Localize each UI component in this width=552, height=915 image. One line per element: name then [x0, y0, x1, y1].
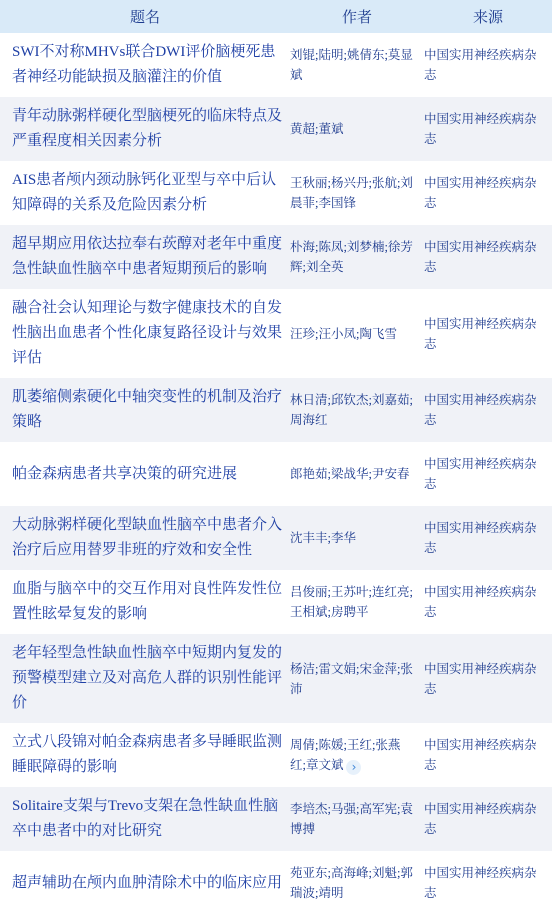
article-title-link[interactable]: 老年轻型急性缺血性脑卒中短期内复发的预警模型建立及对高危人群的识别性能评价: [12, 641, 286, 716]
column-header-title: 题名: [0, 6, 290, 27]
article-authors-text[interactable]: 周倩;陈媛;王红;张燕红;章文斌: [290, 738, 400, 772]
article-row: 血脂与脑卒中的交互作用对良性阵发性位置性眩晕复发的影响 吕俊丽;王苏叶;连红亮;…: [0, 570, 552, 634]
article-row: 超声辅助在颅内血肿清除术中的临床应用 苑亚东;高海峰;刘魁;郭瑞波;靖明› 中国…: [0, 851, 552, 915]
article-row: 融合社会认知理论与数字健康技术的自发性脑出血患者个性化康复路径设计与效果评估 汪…: [0, 289, 552, 378]
article-authors[interactable]: 苑亚东;高海峰;刘魁;郭瑞波;靖明›: [290, 863, 424, 903]
article-row: 大动脉粥样硬化型缺血性脑卒中患者介入治疗后应用替罗非班的疗效和安全性 沈丰丰;李…: [0, 506, 552, 570]
article-authors[interactable]: 杨洁;雷文娟;宋金萍;张沛›: [290, 659, 424, 699]
article-authors[interactable]: 周倩;陈媛;王红;张燕红;章文斌›: [290, 735, 424, 775]
article-source-link[interactable]: 中国实用神经疾病杂志: [424, 109, 552, 149]
article-authors-text[interactable]: 沈丰丰;李华: [290, 531, 356, 545]
article-title-link[interactable]: 大动脉粥样硬化型缺血性脑卒中患者介入治疗后应用替罗非班的疗效和安全性: [12, 513, 286, 563]
article-row: SWI不对称MHVs联合DWI评价脑梗死患者神经功能缺损及脑灌注的价值 刘锟;陆…: [0, 33, 552, 97]
article-authors[interactable]: 黄超;董斌›: [290, 119, 424, 139]
article-authors-text[interactable]: 朴海;陈凤;刘梦楠;徐芳辉;刘全英: [290, 240, 413, 274]
table-header-row: 题名 作者 来源: [0, 0, 552, 33]
article-authors[interactable]: 王秋丽;杨兴丹;张航;刘晨菲;李国锋›: [290, 173, 424, 213]
article-authors-text[interactable]: 王秋丽;杨兴丹;张航;刘晨菲;李国锋: [290, 176, 413, 210]
article-source-link[interactable]: 中国实用神经疾病杂志: [424, 735, 552, 775]
article-authors[interactable]: 沈丰丰;李华›: [290, 528, 424, 548]
article-authors-text[interactable]: 汪珍;汪小凤;陶飞雪: [290, 327, 397, 341]
article-row: 老年轻型急性缺血性脑卒中短期内复发的预警模型建立及对高危人群的识别性能评价 杨洁…: [0, 634, 552, 723]
article-title-cell: 融合社会认知理论与数字健康技术的自发性脑出血患者个性化康复路径设计与效果评估: [0, 296, 290, 371]
article-title-link[interactable]: 血脂与脑卒中的交互作用对良性阵发性位置性眩晕复发的影响: [12, 577, 286, 627]
article-row: Solitaire支架与Trevo支架在急性缺血性脑卒中患者中的对比研究 李培杰…: [0, 787, 552, 851]
article-authors[interactable]: 吕俊丽;王苏叶;连红亮;王相斌;房聘平›: [290, 582, 424, 622]
article-title-cell: 立式八段锦对帕金森病患者多导睡眠监测睡眠障碍的影响: [0, 730, 290, 780]
article-source-link[interactable]: 中国实用神经疾病杂志: [424, 799, 552, 839]
article-title-link[interactable]: Solitaire支架与Trevo支架在急性缺血性脑卒中患者中的对比研究: [12, 794, 286, 844]
article-authors-text[interactable]: 林日清;邱钦杰;刘嘉茹;周海红: [290, 393, 413, 427]
article-source-link[interactable]: 中国实用神经疾病杂志: [424, 390, 552, 430]
article-title-link[interactable]: 融合社会认知理论与数字健康技术的自发性脑出血患者个性化康复路径设计与效果评估: [12, 296, 286, 371]
article-title-cell: 帕金森病患者共享决策的研究进展: [0, 462, 290, 487]
article-authors-text[interactable]: 黄超;董斌: [290, 122, 343, 136]
article-row: AIS患者颅内颈动脉钙化亚型与卒中后认知障碍的关系及危险因素分析 王秋丽;杨兴丹…: [0, 161, 552, 225]
column-header-authors: 作者: [290, 6, 424, 27]
article-authors-text[interactable]: 苑亚东;高海峰;刘魁;郭瑞波;靖明: [290, 866, 413, 900]
article-authors-text[interactable]: 刘锟;陆明;姚倩东;莫显斌: [290, 48, 413, 82]
article-authors-text[interactable]: 李培杰;马强;高军宪;袁博搏: [290, 802, 413, 836]
article-source-link[interactable]: 中国实用神经疾病杂志: [424, 173, 552, 213]
column-header-source: 来源: [424, 6, 552, 27]
article-title-cell: 大动脉粥样硬化型缺血性脑卒中患者介入治疗后应用替罗非班的疗效和安全性: [0, 513, 290, 563]
article-results-table: 题名 作者 来源 SWI不对称MHVs联合DWI评价脑梗死患者神经功能缺损及脑灌…: [0, 0, 552, 915]
article-title-link[interactable]: 帕金森病患者共享决策的研究进展: [12, 462, 286, 487]
article-source-link[interactable]: 中国实用神经疾病杂志: [424, 45, 552, 85]
article-authors[interactable]: 郎艳茹;梁战华;尹安春›: [290, 464, 424, 484]
article-authors[interactable]: 朴海;陈凤;刘梦楠;徐芳辉;刘全英›: [290, 237, 424, 277]
table-body: SWI不对称MHVs联合DWI评价脑梗死患者神经功能缺损及脑灌注的价值 刘锟;陆…: [0, 33, 552, 915]
article-source-link[interactable]: 中国实用神经疾病杂志: [424, 314, 552, 354]
article-source-link[interactable]: 中国实用神经疾病杂志: [424, 518, 552, 558]
article-authors-text[interactable]: 吕俊丽;王苏叶;连红亮;王相斌;房聘平: [290, 585, 413, 619]
article-title-cell: 青年动脉粥样硬化型脑梗死的临床特点及严重程度相关因素分析: [0, 104, 290, 154]
article-title-cell: Solitaire支架与Trevo支架在急性缺血性脑卒中患者中的对比研究: [0, 794, 290, 844]
article-row: 超早期应用依达拉奉右莰醇对老年中重度急性缺血性脑卒中患者短期预后的影响 朴海;陈…: [0, 225, 552, 289]
article-row: 立式八段锦对帕金森病患者多导睡眠监测睡眠障碍的影响 周倩;陈媛;王红;张燕红;章…: [0, 723, 552, 787]
article-title-link[interactable]: SWI不对称MHVs联合DWI评价脑梗死患者神经功能缺损及脑灌注的价值: [12, 40, 286, 90]
article-title-cell: 超早期应用依达拉奉右莰醇对老年中重度急性缺血性脑卒中患者短期预后的影响: [0, 232, 290, 282]
article-title-cell: 超声辅助在颅内血肿清除术中的临床应用: [0, 871, 290, 896]
article-source-link[interactable]: 中国实用神经疾病杂志: [424, 659, 552, 699]
article-source-link[interactable]: 中国实用神经疾病杂志: [424, 582, 552, 622]
article-title-link[interactable]: 超声辅助在颅内血肿清除术中的临床应用: [12, 871, 286, 896]
article-title-cell: 老年轻型急性缺血性脑卒中短期内复发的预警模型建立及对高危人群的识别性能评价: [0, 641, 290, 716]
article-authors[interactable]: 汪珍;汪小凤;陶飞雪›: [290, 324, 424, 344]
article-title-link[interactable]: 超早期应用依达拉奉右莰醇对老年中重度急性缺血性脑卒中患者短期预后的影响: [12, 232, 286, 282]
article-row: 帕金森病患者共享决策的研究进展 郎艳茹;梁战华;尹安春› 中国实用神经疾病杂志: [0, 442, 552, 506]
article-title-link[interactable]: 立式八段锦对帕金森病患者多导睡眠监测睡眠障碍的影响: [12, 730, 286, 780]
article-source-link[interactable]: 中国实用神经疾病杂志: [424, 863, 552, 903]
article-title-cell: 肌萎缩侧索硬化中轴突变性的机制及治疗策略: [0, 385, 290, 435]
article-title-link[interactable]: 青年动脉粥样硬化型脑梗死的临床特点及严重程度相关因素分析: [12, 104, 286, 154]
article-authors[interactable]: 李培杰;马强;高军宪;袁博搏›: [290, 799, 424, 839]
article-row: 肌萎缩侧索硬化中轴突变性的机制及治疗策略 林日清;邱钦杰;刘嘉茹;周海红› 中国…: [0, 378, 552, 442]
article-authors-text[interactable]: 郎艳茹;梁战华;尹安春: [290, 467, 409, 481]
article-authors[interactable]: 林日清;邱钦杰;刘嘉茹;周海红›: [290, 390, 424, 430]
article-source-link[interactable]: 中国实用神经疾病杂志: [424, 237, 552, 277]
article-title-cell: AIS患者颅内颈动脉钙化亚型与卒中后认知障碍的关系及危险因素分析: [0, 168, 290, 218]
article-row: 青年动脉粥样硬化型脑梗死的临床特点及严重程度相关因素分析 黄超;董斌› 中国实用…: [0, 97, 552, 161]
article-authors-text[interactable]: 杨洁;雷文娟;宋金萍;张沛: [290, 662, 413, 696]
expand-chevron-icon[interactable]: ›: [346, 760, 361, 775]
article-title-cell: SWI不对称MHVs联合DWI评价脑梗死患者神经功能缺损及脑灌注的价值: [0, 40, 290, 90]
article-source-link[interactable]: 中国实用神经疾病杂志: [424, 454, 552, 494]
article-title-link[interactable]: 肌萎缩侧索硬化中轴突变性的机制及治疗策略: [12, 385, 286, 435]
article-title-link[interactable]: AIS患者颅内颈动脉钙化亚型与卒中后认知障碍的关系及危险因素分析: [12, 168, 286, 218]
article-authors[interactable]: 刘锟;陆明;姚倩东;莫显斌›: [290, 45, 424, 85]
article-title-cell: 血脂与脑卒中的交互作用对良性阵发性位置性眩晕复发的影响: [0, 577, 290, 627]
